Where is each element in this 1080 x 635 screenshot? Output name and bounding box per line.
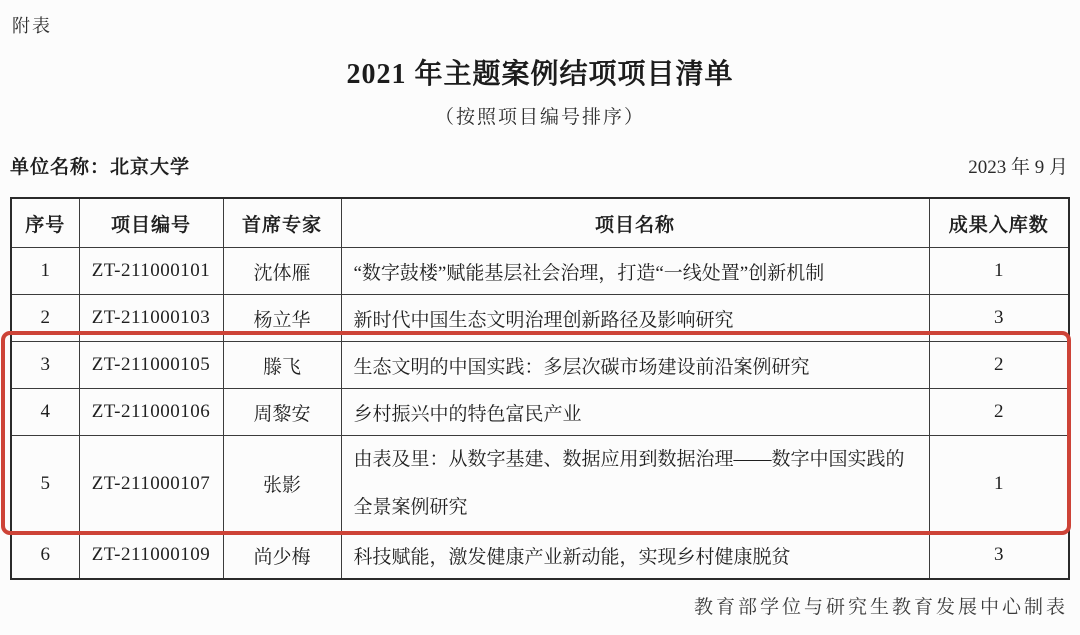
- table-row: 6 ZT-211000109 尚少梅 科技赋能，激发健康产业新动能，实现乡村健康…: [11, 532, 1069, 580]
- cell-count: 1: [929, 248, 1069, 295]
- table-row: 2 ZT-211000103 杨立华 新时代中国生态文明治理创新路径及影响研究 …: [11, 295, 1069, 342]
- cell-expert: 杨立华: [223, 295, 341, 342]
- cell-expert: 张影: [223, 436, 341, 532]
- header-expert: 首席专家: [223, 198, 341, 248]
- cell-count: 1: [929, 436, 1069, 532]
- cell-no: 4: [11, 389, 79, 436]
- header-name: 项目名称: [341, 198, 929, 248]
- cell-name: 新时代中国生态文明治理创新路径及影响研究: [341, 295, 929, 342]
- cell-name: 生态文明的中国实践：多层次碳市场建设前沿案例研究: [341, 342, 929, 389]
- corner-label: 附表: [12, 12, 52, 38]
- cell-name: 由表及里：从数字基建、数据应用到数据治理——数字中国实践的全景案例研究: [341, 436, 929, 532]
- cell-no: 5: [11, 436, 79, 532]
- cell-no: 2: [11, 295, 79, 342]
- cell-code: ZT-211000103: [79, 295, 223, 342]
- table-row-highlighted: 3 ZT-211000105 滕飞 生态文明的中国实践：多层次碳市场建设前沿案例…: [11, 342, 1069, 389]
- footer-issuer: 教育部学位与研究生教育发展中心制表: [10, 592, 1068, 619]
- cell-no: 6: [11, 532, 79, 580]
- table-header-row: 序号 项目编号 首席专家 项目名称 成果入库数: [11, 198, 1069, 248]
- page-subtitle: （按照项目编号排序）: [0, 102, 1080, 129]
- cell-code: ZT-211000105: [79, 342, 223, 389]
- cell-expert: 周黎安: [223, 389, 341, 436]
- cell-name: 科技赋能，激发健康产业新动能，实现乡村健康脱贫: [341, 532, 929, 580]
- cell-count: 2: [929, 342, 1069, 389]
- cell-count: 2: [929, 389, 1069, 436]
- document-page: 附表 2021 年主题案例结项项目清单 （按照项目编号排序） 单位名称：北京大学…: [0, 0, 1080, 635]
- project-table-wrapper: 序号 项目编号 首席专家 项目名称 成果入库数 1 ZT-211000101 沈…: [10, 197, 1068, 580]
- cell-no: 1: [11, 248, 79, 295]
- meta-row: 单位名称：北京大学 2023 年 9 月: [10, 152, 1068, 179]
- header-no: 序号: [11, 198, 79, 248]
- project-table: 序号 项目编号 首席专家 项目名称 成果入库数 1 ZT-211000101 沈…: [10, 197, 1070, 580]
- table-row: 1 ZT-211000101 沈体雁 “数字鼓楼”赋能基层社会治理，打造“一线处…: [11, 248, 1069, 295]
- cell-no: 3: [11, 342, 79, 389]
- cell-count: 3: [929, 295, 1069, 342]
- table-row-highlighted: 5 ZT-211000107 张影 由表及里：从数字基建、数据应用到数据治理——…: [11, 436, 1069, 532]
- unit-name: 单位名称：北京大学: [10, 152, 190, 179]
- cell-expert: 沈体雁: [223, 248, 341, 295]
- page-title: 2021 年主题案例结项项目清单: [0, 52, 1080, 92]
- cell-code: ZT-211000109: [79, 532, 223, 580]
- cell-code: ZT-211000107: [79, 436, 223, 532]
- cell-count: 3: [929, 532, 1069, 580]
- cell-code: ZT-211000106: [79, 389, 223, 436]
- header-code: 项目编号: [79, 198, 223, 248]
- table-row-highlighted: 4 ZT-211000106 周黎安 乡村振兴中的特色富民产业 2: [11, 389, 1069, 436]
- cell-name: “数字鼓楼”赋能基层社会治理，打造“一线处置”创新机制: [341, 248, 929, 295]
- header-count: 成果入库数: [929, 198, 1069, 248]
- document-date: 2023 年 9 月: [968, 152, 1068, 179]
- cell-expert: 滕飞: [223, 342, 341, 389]
- cell-expert: 尚少梅: [223, 532, 341, 580]
- cell-code: ZT-211000101: [79, 248, 223, 295]
- cell-name: 乡村振兴中的特色富民产业: [341, 389, 929, 436]
